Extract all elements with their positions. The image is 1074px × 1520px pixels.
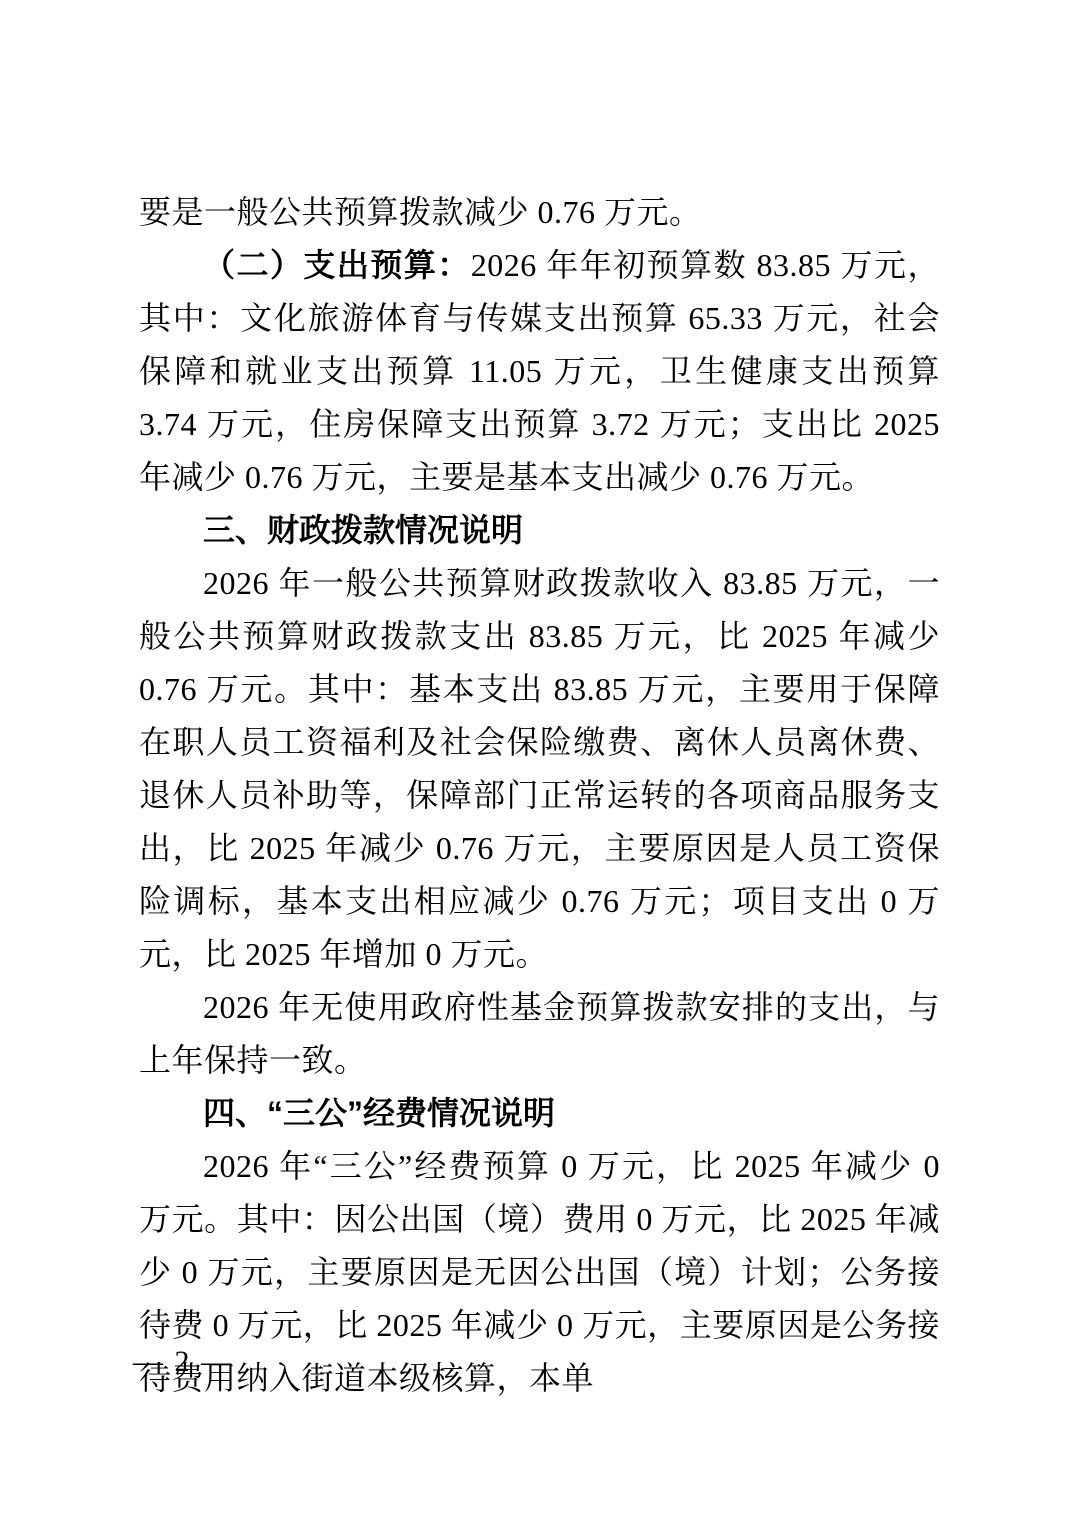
paragraph-three-public-expenses-detail: 2026 年“三公”经费预算 0 万元，比 2025 年减少 0 万元。其中：因… xyxy=(139,1140,940,1405)
paragraph-expenditure-budget: （二）支出预算：2026 年年初预算数 83.85 万元，其中：文化旅游体育与传… xyxy=(139,239,940,504)
paragraph-government-fund: 2026 年无使用政府性基金预算拨款安排的支出，与上年保持一致。 xyxy=(139,981,940,1087)
document-body: 要是一般公共预算拨款减少 0.76 万元。 （二）支出预算：2026 年年初预算… xyxy=(139,186,940,1405)
paragraph-continuation: 要是一般公共预算拨款减少 0.76 万元。 xyxy=(139,186,940,239)
paragraph-text: 2026 年年初预算数 83.85 万元，其中：文化旅游体育与传媒支出预算 65… xyxy=(139,247,940,495)
paragraph-fiscal-appropriation-detail: 2026 年一般公共预算财政拨款收入 83.85 万元，一般公共预算财政拨款支出… xyxy=(139,557,940,981)
paragraph-lead-label: （二）支出预算： xyxy=(203,247,471,283)
section-heading-fiscal-appropriation: 三、财政拨款情况说明 xyxy=(139,504,940,557)
document-page: 要是一般公共预算拨款减少 0.76 万元。 （二）支出预算：2026 年年初预算… xyxy=(0,0,1074,1520)
section-heading-three-public-expenses: 四、“三公”经费情况说明 xyxy=(139,1087,940,1140)
page-number: — 2 — xyxy=(133,1340,233,1384)
